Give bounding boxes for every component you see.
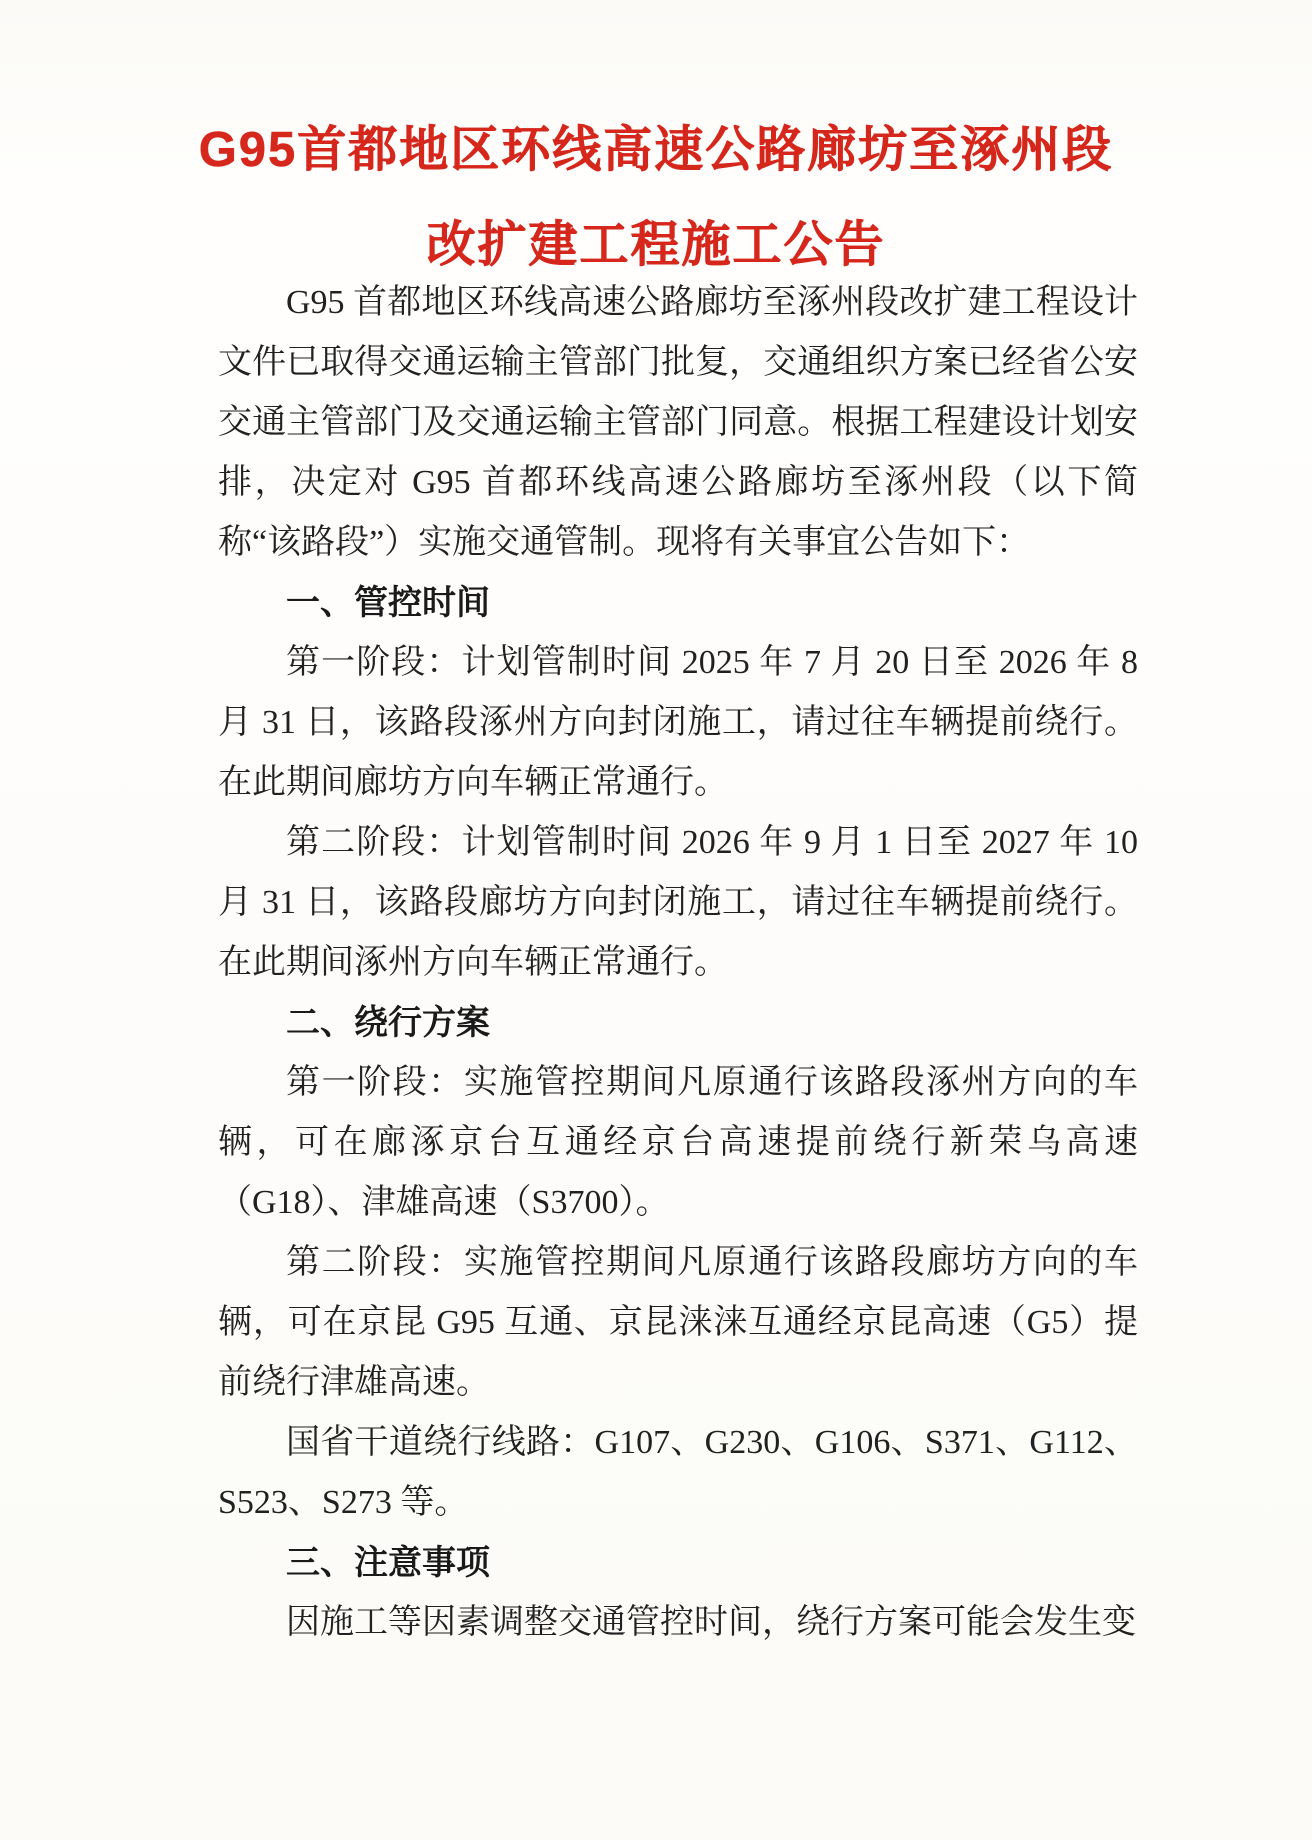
section-heading: 三、注意事项	[218, 1533, 1138, 1593]
section-heading: 二、绕行方案	[218, 993, 1138, 1053]
body-paragraph: 第二阶段：实施管控期间凡原通行该路段廊坊方向的车辆，可在京昆 G95 互通、京昆…	[218, 1233, 1138, 1413]
body-paragraph: 因施工等因素调整交通管控时间，绕行方案可能会发生变	[218, 1593, 1138, 1653]
section-heading: 一、管控时间	[218, 573, 1138, 633]
body-paragraph: 第二阶段：计划管制时间 2026 年 9 月 1 日至 2027 年 10 月 …	[218, 813, 1138, 993]
body-paragraph: 第一阶段：计划管制时间 2025 年 7 月 20 日至 2026 年 8 月 …	[218, 633, 1138, 813]
body-paragraph: 国省干道绕行线路：G107、G230、G106、S371、G112、S523、S…	[218, 1413, 1138, 1533]
document-body: G95 首都地区环线高速公路廊坊至涿州段改扩建工程设计文件已取得交通运输主管部门…	[218, 273, 1138, 1653]
document-title-line-1: G95首都地区环线高速公路廊坊至涿州段	[0, 103, 1312, 198]
body-paragraph: 第一阶段：实施管控期间凡原通行该路段涿州方向的车辆，可在廊涿京台互通经京台高速提…	[218, 1053, 1138, 1233]
document-title: G95首都地区环线高速公路廊坊至涿州段 改扩建工程施工公告	[0, 103, 1312, 293]
document-page: G95首都地区环线高速公路廊坊至涿州段 改扩建工程施工公告 G95 首都地区环线…	[0, 0, 1312, 1840]
body-paragraph: G95 首都地区环线高速公路廊坊至涿州段改扩建工程设计文件已取得交通运输主管部门…	[218, 273, 1138, 573]
